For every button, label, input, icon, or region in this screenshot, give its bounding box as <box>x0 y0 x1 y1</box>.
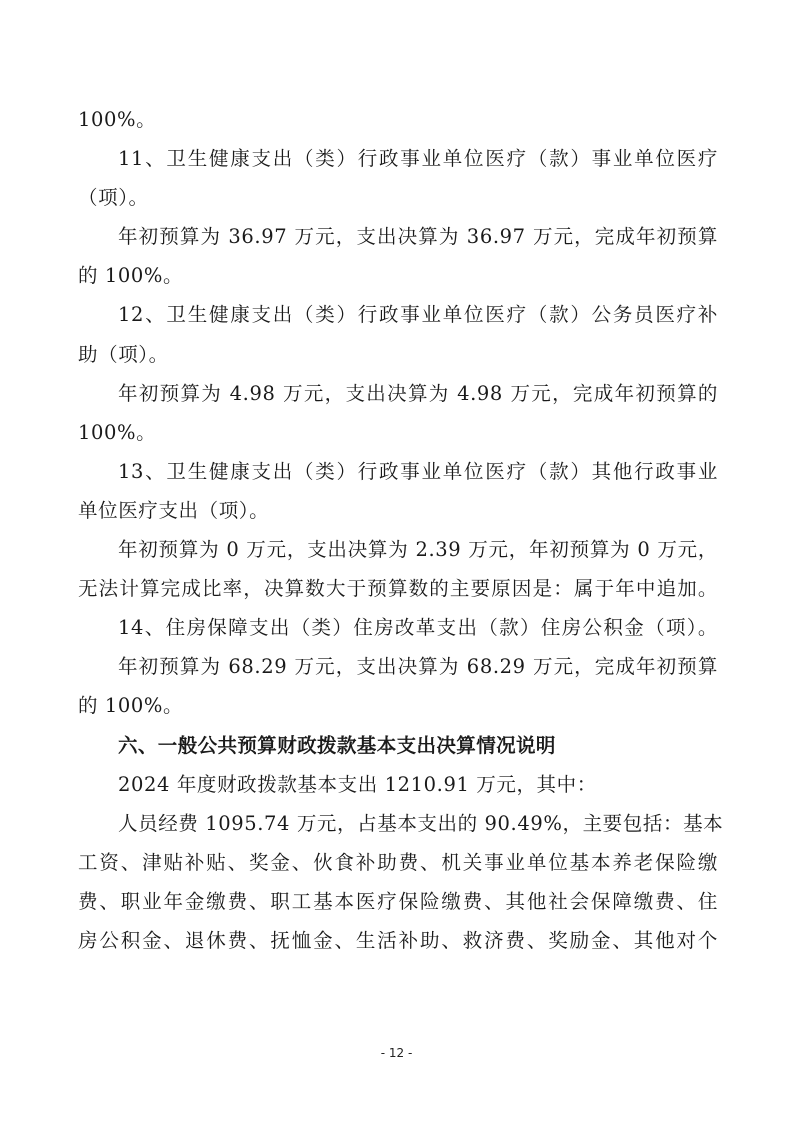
text-line: 工资、津贴补贴、奖金、伙食补助费、机关事业单位基本养老保险缴 <box>78 843 718 882</box>
item-12-title: 12、卫生健康支出（类）行政事业单位医疗（款）公务员医疗补 <box>78 295 718 334</box>
item-12-detail: 年初预算为 4.98 万元，支出决算为 4.98 万元，完成年初预算的 <box>78 374 718 413</box>
item-14-title: 14、住房保障支出（类）住房改革支出（款）住房公积金（项）。 <box>78 608 718 647</box>
text-line: 房公积金、退休费、抚恤金、生活补助、救济费、奖励金、其他对个 <box>78 921 718 960</box>
text-line: 的 100%。 <box>78 686 718 725</box>
text-line: 100%。 <box>78 413 718 452</box>
page-number: - 12 - <box>0 1046 793 1060</box>
item-13-detail: 年初预算为 0 万元，支出决算为 2.39 万元，年初预算为 0 万元， <box>78 530 718 569</box>
section-heading: 六、一般公共预算财政拨款基本支出决算情况说明 <box>78 726 718 765</box>
text-line: 无法计算完成比率，决算数大于预算数的主要原因是：属于年中追加。 <box>78 569 718 608</box>
text-line: 费、职业年金缴费、职工基本医疗保险缴费、其他社会保障缴费、住 <box>78 882 718 921</box>
personnel-expense-line: 人员经费 1095.74 万元，占基本支出的 90.49%，主要包括：基本 <box>78 804 718 843</box>
item-11-title: 11、卫生健康支出（类）行政事业单位医疗（款）事业单位医疗 <box>78 139 718 178</box>
text-line: 单位医疗支出（项）。 <box>78 491 718 530</box>
item-14-detail: 年初预算为 68.29 万元，支出决算为 68.29 万元，完成年初预算 <box>78 647 718 686</box>
item-11-detail: 年初预算为 36.97 万元，支出决算为 36.97 万元，完成年初预算 <box>78 217 718 256</box>
text-line: （项）。 <box>78 178 718 217</box>
text-line: 100%。 <box>78 100 718 139</box>
basic-expenditure-summary: 2024 年度财政拨款基本支出 1210.91 万元，其中： <box>78 765 718 804</box>
item-13-title: 13、卫生健康支出（类）行政事业单位医疗（款）其他行政事业 <box>78 452 718 491</box>
document-page: 100%。 11、卫生健康支出（类）行政事业单位医疗（款）事业单位医疗 （项）。… <box>78 100 718 960</box>
text-line: 助（项）。 <box>78 335 718 374</box>
text-line: 的 100%。 <box>78 256 718 295</box>
